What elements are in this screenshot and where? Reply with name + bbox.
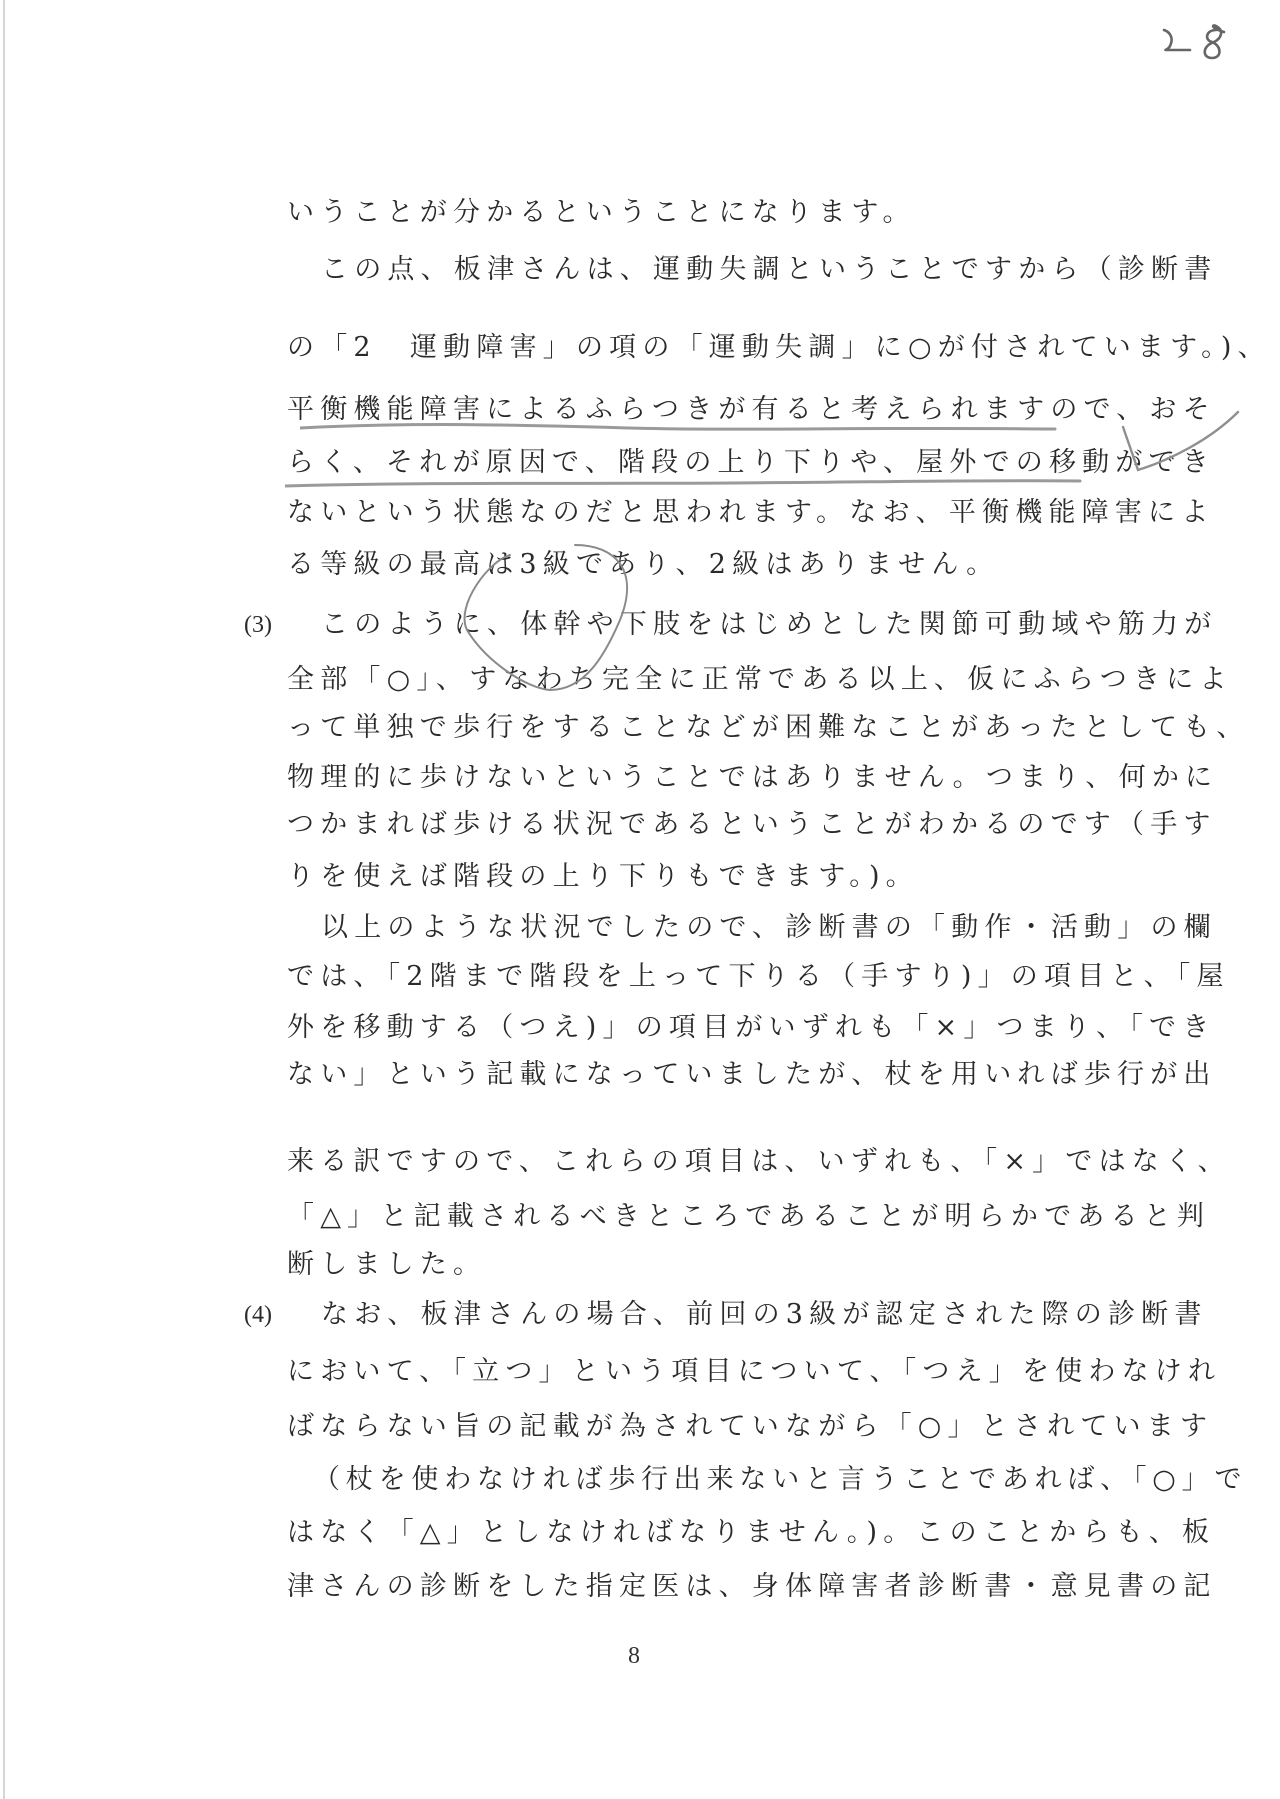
text-line-16: 外を移動する（つえ)」の項目がいずれも「×」つまり、「でき <box>287 1011 1117 1045</box>
text-line-26: 津さんの診断をした指定医は、身体障害者診断書・意見書の記 <box>287 1570 1117 1604</box>
text-line-25: はなく「△」としなければなりません。)。このことからも、板 <box>287 1516 1117 1550</box>
text-line-23: ばならない旨の記載が為されていながら「○」とされています <box>287 1410 1117 1444</box>
section-marker: (4) <box>244 1298 272 1332</box>
text-line-6: ないという状態なのだと思われます。なお、平衡機能障害によ <box>287 496 1117 530</box>
text-line-13: りを使えば階段の上り下りもできます。)。 <box>287 860 1117 894</box>
text-line-19: 「△」と記載されるべきところであることが明らかであると判 <box>287 1200 1117 1234</box>
text-line-10: って単独で歩行をすることなどが困難なことがあったとしても、 <box>287 711 1117 745</box>
handwritten-page-number <box>1160 12 1240 62</box>
scan-page-edge <box>3 0 5 1799</box>
text-line-11: 物理的に歩けないということではありません。つまり、何かに <box>287 761 1117 795</box>
section-marker: (3) <box>244 608 272 642</box>
text-line-17: ない」という記載になっていましたが、杖を用いれば歩行が出 <box>287 1058 1117 1092</box>
text-line-21: なお、板津さんの場合、前回の3級が認定された際の診断書 <box>321 1298 1117 1332</box>
text-line-4: 平衡機能障害によるふらつきが有ると考えられますので、おそ <box>287 393 1117 427</box>
text-line-15: では、「2階まで階段を上って下りる（手すり)」の項目と、「屋 <box>287 960 1117 994</box>
text-line-3: の「2 運動障害」の項の「運動失調」に○が付されています。)、 <box>287 331 1117 365</box>
text-line-7: る等級の最高は3級であり、2級はありません。 <box>287 548 1117 582</box>
text-line-14: 以上のような状況でしたので、診断書の「動作・活動」の欄 <box>321 911 1117 945</box>
text-line-18: 来る訳ですので、これらの項目は、いずれも、「×」ではなく、 <box>287 1145 1117 1179</box>
text-line-22: において、「立つ」という項目について、「つえ」を使わなけれ <box>287 1355 1117 1389</box>
text-line-8: このように、体幹や下肢をはじめとした関節可動域や筋力が <box>321 608 1117 642</box>
text-line-12: つかまれば歩ける状況であるということがわかるのです（手す <box>287 808 1117 842</box>
text-line-20: 断しました。 <box>287 1248 1117 1282</box>
text-line-2: この点、板津さんは、運動失調ということですから（診断書 <box>321 253 1117 287</box>
text-line-5: らく、それが原因で、階段の上り下りや、屋外での移動ができ <box>287 446 1117 480</box>
text-line-24: （杖を使わなければ歩行出来ないと言うことであれば、「○」で <box>313 1463 1117 1497</box>
text-line-1: いうことが分かるということになります。 <box>287 196 1117 230</box>
page-number: 8 <box>628 1643 640 1670</box>
text-line-9: 全部「○」、すなわち完全に正常である以上、仮にふらつきによ <box>287 663 1117 697</box>
